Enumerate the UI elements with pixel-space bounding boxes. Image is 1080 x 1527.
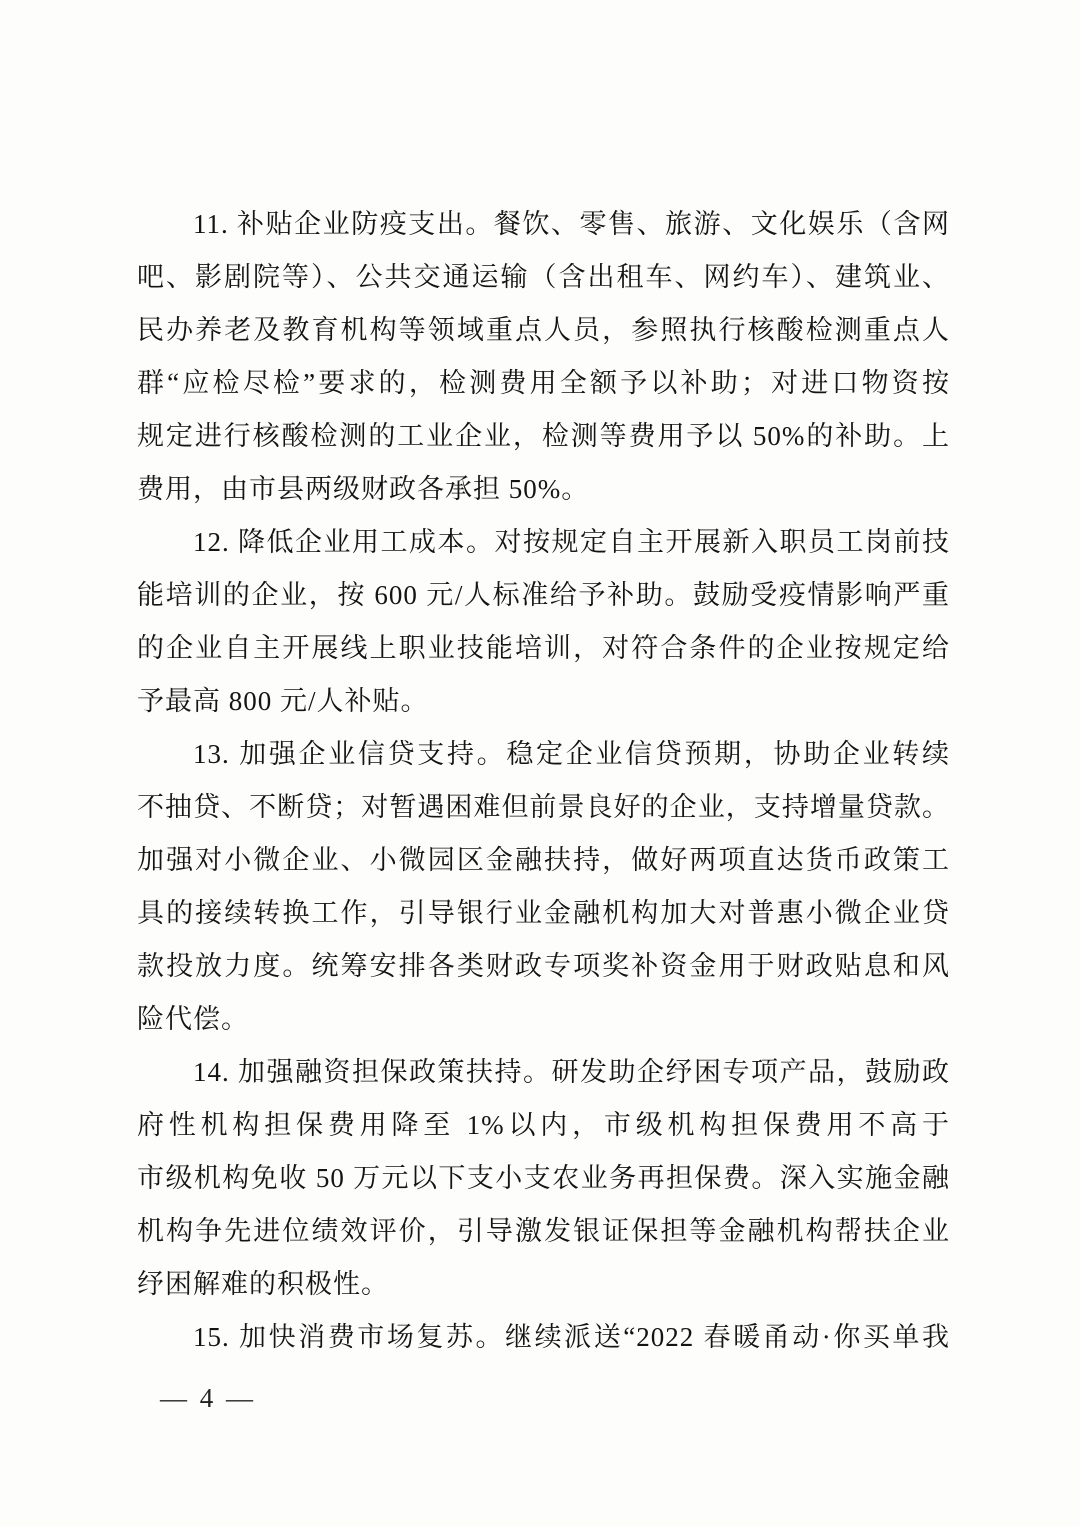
document-page: 11. 补贴企业防疫支出。餐饮、零售、旅游、文化娱乐（含网 吧、影剧院等）、公共… [0, 0, 1080, 1527]
paragraph-13: 13. 加强企业信贷支持。稳定企业信贷预期，协助企业转续贷， 不抽贷、不断贷；对… [137, 728, 950, 1046]
text-line: 13. 加强企业信贷支持。稳定企业信贷预期，协助企业转续贷， [137, 728, 950, 781]
text-line: 11. 补贴企业防疫支出。餐饮、零售、旅游、文化娱乐（含网 [137, 198, 950, 251]
text-line: 的企业自主开展线上职业技能培训，对符合条件的企业按规定给 [137, 622, 950, 675]
text-line: 规定进行核酸检测的工业企业，检测等费用予以 50%的补助。上述 [137, 410, 950, 463]
text-line: 14. 加强融资担保政策扶持。研发助企纾困专项产品，鼓励政 [137, 1046, 950, 1099]
text-line: 险代偿。 [137, 993, 950, 1046]
text-line: 纾困解难的积极性。 [137, 1258, 950, 1311]
document-body: 11. 补贴企业防疫支出。餐饮、零售、旅游、文化娱乐（含网 吧、影剧院等）、公共… [137, 198, 950, 1364]
paragraph-14: 14. 加强融资担保政策扶持。研发助企纾困专项产品，鼓励政 府性机构担保费用降至… [137, 1046, 950, 1311]
text-line: 不抽贷、不断贷；对暂遇困难但前景良好的企业，支持增量贷款。 [137, 781, 950, 834]
text-line: 府性机构担保费用降至 1%以内，市级机构担保费用不高于 0.5%， [137, 1099, 950, 1152]
page-footer: — 4 — [160, 1378, 256, 1418]
paragraph-11: 11. 补贴企业防疫支出。餐饮、零售、旅游、文化娱乐（含网 吧、影剧院等）、公共… [137, 198, 950, 516]
text-line: 具的接续转换工作，引导银行业金融机构加大对普惠小微企业贷 [137, 887, 950, 940]
paragraph-12: 12. 降低企业用工成本。对按规定自主开展新入职员工岗前技 能培训的企业，按 6… [137, 516, 950, 728]
text-line: 款投放力度。统筹安排各类财政专项奖补资金用于财政贴息和风 [137, 940, 950, 993]
text-line: 民办养老及教育机构等领域重点人员，参照执行核酸检测重点人 [137, 304, 950, 357]
text-line: 群“应检尽检”要求的，检测费用全额予以补助；对进口物资按 [137, 357, 950, 410]
text-line: 吧、影剧院等）、公共交通运输（含出租车、网约车）、建筑业、 [137, 251, 950, 304]
text-line: 加强对小微企业、小微园区金融扶持，做好两项直达货币政策工 [137, 834, 950, 887]
text-line: 15. 加快消费市场复苏。继续派送“2022 春暖甬动·你买单我 [137, 1311, 950, 1364]
text-line: 费用，由市县两级财政各承担 50%。 [137, 463, 950, 516]
page-number: — 4 — [160, 1383, 256, 1413]
text-line: 市级机构免收 50 万元以下支小支农业务再担保费。深入实施金融 [137, 1152, 950, 1205]
text-line: 12. 降低企业用工成本。对按规定自主开展新入职员工岗前技 [137, 516, 950, 569]
paragraph-15: 15. 加快消费市场复苏。继续派送“2022 春暖甬动·你买单我 [137, 1311, 950, 1364]
text-line: 机构争先进位绩效评价，引导激发银证保担等金融机构帮扶企业 [137, 1205, 950, 1258]
text-line: 能培训的企业，按 600 元/人标准给予补助。鼓励受疫情影响严重 [137, 569, 950, 622]
text-line: 予最高 800 元/人补贴。 [137, 675, 950, 728]
